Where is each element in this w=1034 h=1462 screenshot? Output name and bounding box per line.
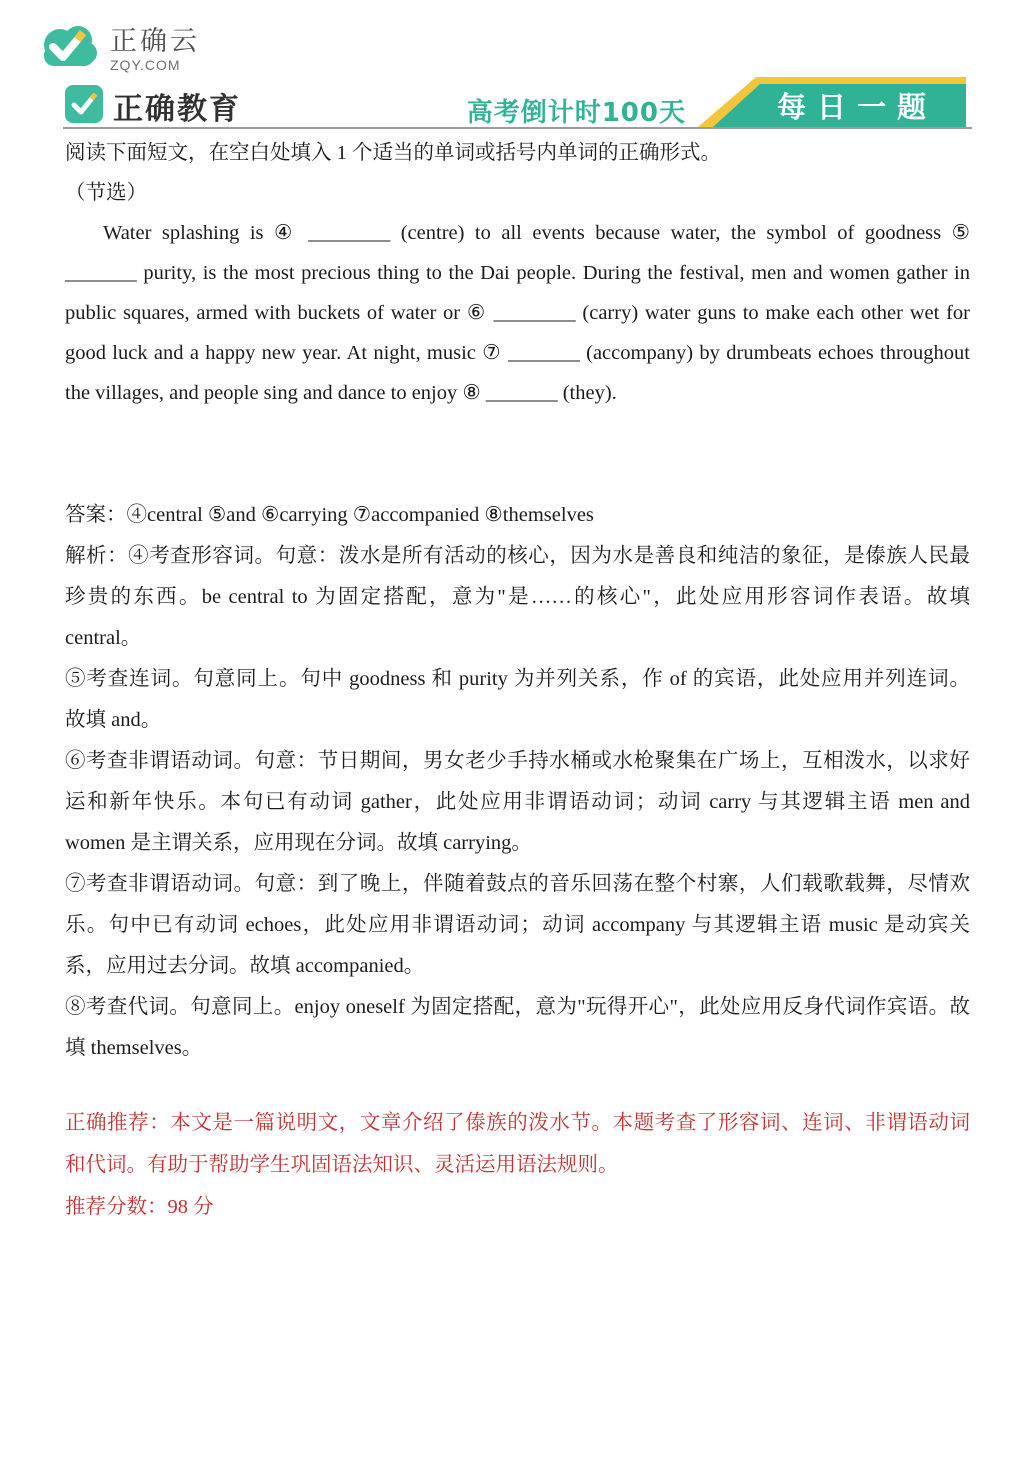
passage-line: public squares, armed with buckets of wa… <box>65 293 970 333</box>
recommendation-line: 正确推荐：本文是一篇说明文，文章介绍了傣族的泼水节。本题考查了形容词、连词、非谓… <box>65 1102 970 1144</box>
recommendation-section: 正确推荐：本文是一篇说明文，文章介绍了傣族的泼水节。本题考查了形容词、连词、非谓… <box>65 1102 970 1228</box>
analysis-line: 乐。句中已有动词 echoes，此处应用非谓语动词；动词 accompany 与… <box>65 905 970 946</box>
analysis-line: ⑦考查非谓语动词。句意：到了晚上，伴随着鼓点的音乐回荡在整个村寨，人们载歌载舞，… <box>65 864 970 905</box>
analysis-line: 运和新年快乐。本句已有动词 gather，此处应用非谓语动词；动词 carry … <box>65 782 970 823</box>
analysis-line: ⑥考查非谓语动词。句意：节日期间，男女老少手持水桶或水枪聚集在广场上，互相泼水，… <box>65 741 970 782</box>
recommendation-line: 和代词。有助于帮助学生巩固语法知识、灵活运用语法规则。 <box>65 1144 970 1186</box>
document-page: 正确云 ZQY.COM 正确教育 高考倒计时100天 每日一题 阅读下面短文，在… <box>0 0 1034 1462</box>
logo-title: 正确云 <box>110 27 200 57</box>
passage-line: Water splashing is ④ ________ (centre) t… <box>65 213 970 253</box>
analysis-line: 珍贵的东西。be central to 为固定搭配，意为"是……的核心"，此处应… <box>65 577 970 618</box>
site-name: 正确教育 <box>113 84 241 128</box>
passage-line: the villages, and people sing and dance … <box>65 373 970 413</box>
header-divider <box>63 127 972 129</box>
daily-question-badge: 每日一题 <box>698 77 966 127</box>
badge-green-ribbon: 每日一题 <box>698 84 966 127</box>
site-brand: 正确教育 <box>65 84 241 128</box>
passage-line: good luck and a happy new year. At night… <box>65 333 970 373</box>
analysis-line: 故填 and。 <box>65 700 970 741</box>
passage-line: _______ purity, is the most precious thi… <box>65 253 970 293</box>
answers-analysis-section: 答案：④central ⑤and ⑥carrying ⑦accompanied … <box>65 495 970 1069</box>
instruction-line: 阅读下面短文，在空白处填入 1 个适当的单词或括号内单词的正确形式。 <box>65 133 970 173</box>
check-square-icon <box>65 85 103 128</box>
logo-domain: ZQY.COM <box>110 57 200 73</box>
excerpt-note: （节选） <box>65 173 970 213</box>
analysis-line: 系，应用过去分词。故填 accompanied。 <box>65 946 970 987</box>
cloud-check-icon <box>40 20 98 79</box>
score-line: 推荐分数：98 分 <box>65 1186 970 1228</box>
document-content: 阅读下面短文，在空白处填入 1 个适当的单词或括号内单词的正确形式。 （节选） … <box>65 133 970 1228</box>
analysis-line: women 是主谓关系，应用现在分词。故填 carrying。 <box>65 823 970 864</box>
analysis-line: 填 themselves。 <box>65 1028 970 1069</box>
countdown-text: 高考倒计时100天 <box>467 92 686 129</box>
zqy-logo: 正确云 ZQY.COM <box>40 20 200 79</box>
analysis-line: ⑧考查代词。句意同上。enjoy oneself 为固定搭配，意为"玩得开心"，… <box>65 987 970 1028</box>
analysis-line: ⑤考查连词。句意同上。句中 goodness 和 purity 为并列关系，作 … <box>65 659 970 700</box>
analysis-line: central。 <box>65 618 970 659</box>
analysis-line: 解析：④考查形容词。句意：泼水是所有活动的核心，因为水是善良和纯洁的象征，是傣族… <box>65 536 970 577</box>
badge-label: 每日一题 <box>727 85 937 126</box>
answers-line: 答案：④central ⑤and ⑥carrying ⑦accompanied … <box>65 495 970 536</box>
